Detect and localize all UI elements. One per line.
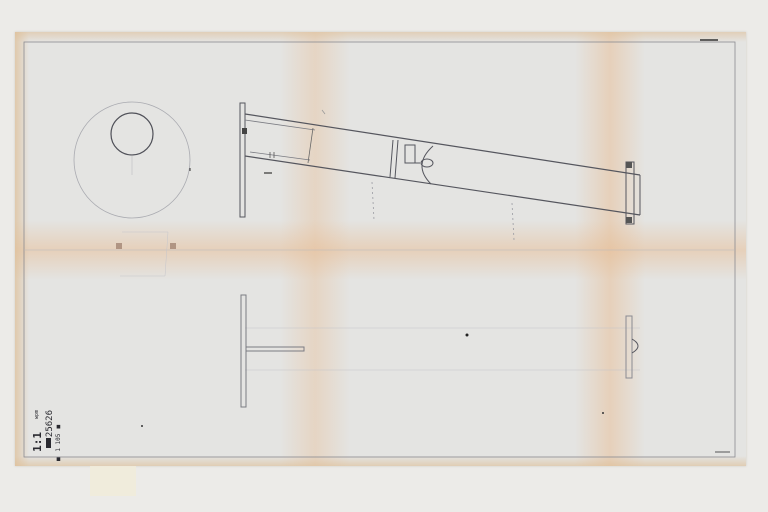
front-elevation — [241, 295, 638, 407]
stamp-mark: ■ 1 105 ■ — [55, 423, 62, 462]
stamp-block — [46, 438, 51, 448]
scale-label: 1:1 — [31, 432, 44, 452]
technical-drawing — [0, 0, 768, 512]
border-frame — [24, 42, 735, 457]
plan-view-circles — [74, 102, 190, 218]
stamp-small-label: wpm — [34, 410, 40, 419]
side-elevation — [240, 103, 640, 224]
drawing-number: 25626 — [45, 410, 55, 437]
